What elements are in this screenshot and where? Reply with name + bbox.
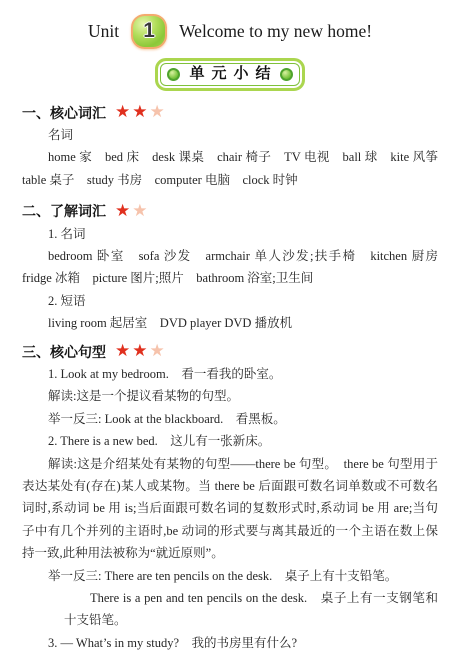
- unit-summary-badge: 单元小结: [155, 58, 304, 91]
- star-icon: ★: [132, 104, 147, 121]
- vocab-paragraph: bedroom 卧室 sofa 沙发 armchair 单人沙发;扶手椅 kit…: [22, 245, 438, 290]
- unit-label: Unit: [88, 21, 119, 42]
- section-core-sentences: 三、核心句型 ★ ★ ★ 1. Look at my bedroom. 看一看我…: [22, 341, 438, 655]
- section-known-vocabulary: 二、了解词汇 ★ ★ 1. 名词 bedroom 卧室 sofa 沙发 armc…: [22, 200, 438, 334]
- sentence-paragraph: 1. Look at my bedroom. 看一看我的卧室。: [22, 363, 438, 385]
- unit-number-icon: 1: [131, 14, 167, 49]
- green-dot-icon: [167, 68, 180, 81]
- badge-label: 单元小结: [189, 66, 277, 83]
- textbook-page: Unit 1 Welcome to my new home! 单元小结 一、核心…: [0, 0, 460, 661]
- example-paragraph: 举一反三: There are ten pencils on the desk.…: [22, 565, 438, 587]
- explanation-paragraph: 解读:这是介绍某处有某物的句型——there be 句型。 there be 句…: [22, 453, 438, 565]
- section-heading: 一、核心词汇: [22, 102, 106, 124]
- star-icon: ★: [115, 203, 130, 220]
- star-icon: ★: [150, 343, 165, 360]
- section-heading: 二、了解词汇: [22, 200, 106, 222]
- section-heading-row: 一、核心词汇 ★ ★ ★: [22, 102, 438, 124]
- star-icon: ★: [150, 104, 165, 121]
- paragraph: 2. 短语: [22, 290, 438, 312]
- difficulty-stars: ★ ★: [115, 203, 148, 220]
- paragraph: 名词: [22, 124, 438, 146]
- green-dot-icon: [280, 68, 293, 81]
- star-icon: ★: [132, 343, 147, 360]
- section-heading-row: 三、核心句型 ★ ★ ★: [22, 341, 438, 363]
- section-core-vocabulary: 一、核心词汇 ★ ★ ★ 名词 home 家 bed 床 desk 课桌 cha…: [22, 102, 438, 192]
- vocab-paragraph: home 家 bed 床 desk 课桌 chair 椅子 TV 电视 ball…: [22, 146, 438, 191]
- section-heading-row: 二、了解词汇 ★ ★: [22, 200, 438, 222]
- section-heading: 三、核心句型: [22, 341, 106, 363]
- star-icon: ★: [132, 203, 147, 220]
- difficulty-stars: ★ ★ ★: [115, 104, 165, 121]
- difficulty-stars: ★ ★ ★: [115, 343, 165, 360]
- unit-number: 1: [143, 19, 155, 43]
- sentence-paragraph: 3. — What’s in my study? 我的书房里有什么?: [22, 632, 438, 654]
- example-paragraph: 举一反三: Look at the blackboard. 看黑板。: [22, 408, 438, 430]
- page-title: Unit 1 Welcome to my new home!: [22, 10, 438, 52]
- star-icon: ★: [115, 343, 130, 360]
- title-text: Welcome to my new home!: [179, 21, 372, 42]
- explanation-paragraph: 解读:这是一个提议看某物的句型。: [22, 385, 438, 407]
- vocab-paragraph: living room 起居室 DVD player DVD 播放机: [22, 312, 438, 334]
- paragraph: 1. 名词: [22, 223, 438, 245]
- sentence-paragraph: 2. There is a new bed. 这儿有一张新床。: [22, 430, 438, 452]
- star-icon: ★: [115, 104, 130, 121]
- example-paragraph: There is a pen and ten pencils on the de…: [22, 587, 438, 632]
